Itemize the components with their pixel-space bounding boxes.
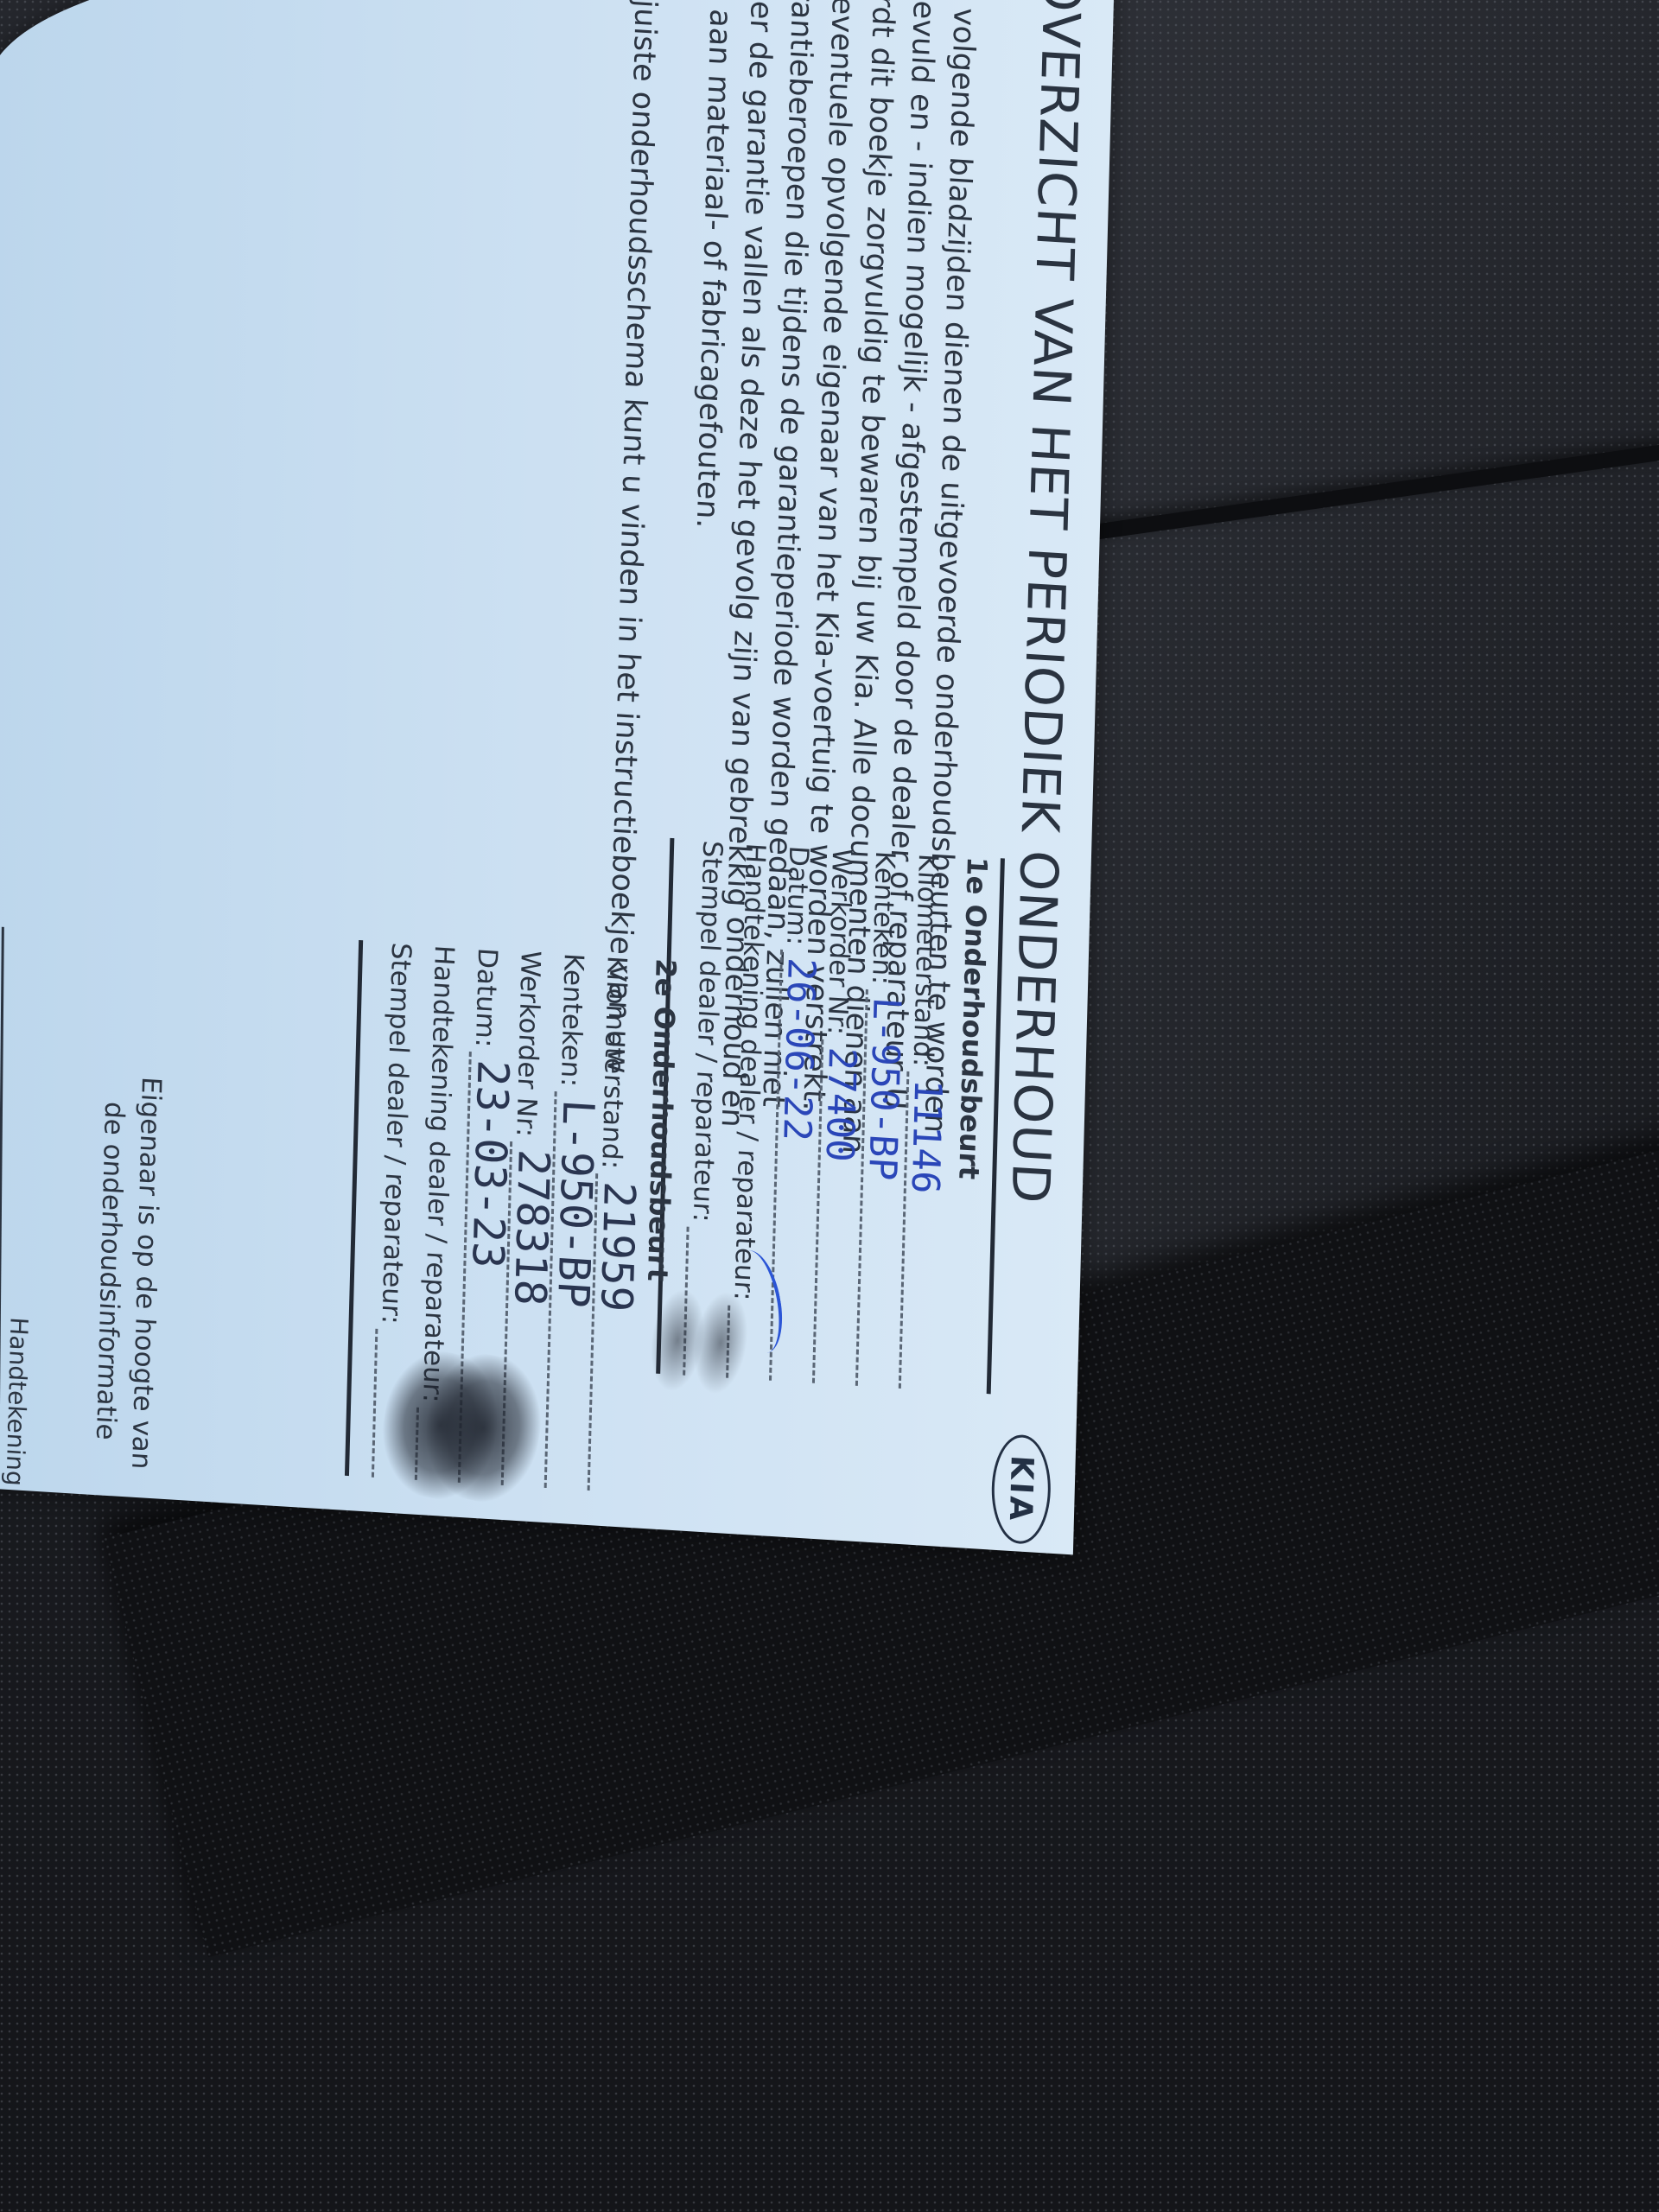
section-rule <box>345 940 363 1476</box>
field-label: Werkorder Nr: <box>822 848 858 1036</box>
kia-logo: KIA <box>990 1433 1052 1546</box>
intro-line: Het juiste onderhoudsschema kunt u vinde… <box>604 0 667 785</box>
field-line <box>726 1305 765 1380</box>
field-line <box>683 1226 723 1377</box>
service-heading: 1e Onderhoudsbeurt <box>947 855 994 1393</box>
field-label: Kenteken: <box>866 850 900 986</box>
handwritten-value: 23-03-23 <box>462 1058 518 1269</box>
field-line <box>415 1407 454 1482</box>
owner-signature-label: Handtekening <box>1 1317 34 1487</box>
handwritten-value: 27400 <box>817 1046 864 1164</box>
handwritten-value: 11146 <box>903 1078 950 1196</box>
field-line <box>372 1328 412 1479</box>
intro-paragraph: De volgende bladzijden dienen de uitgevo… <box>604 0 985 804</box>
page-title: OVERZICHT VAN HET PERIODIEK ONDERHOUD <box>999 0 1091 1206</box>
field-label: Stempel dealer / reparateur: <box>376 942 417 1325</box>
service-record-2: 2e Onderhoudsbeurt Kilometerstand: 21959… <box>345 940 683 1496</box>
service-record-1: 1e Onderhoudsbeurt Kilometerstand: 11146… <box>656 838 1005 1394</box>
field-label: Datum: <box>780 845 814 946</box>
maintenance-booklet-page: OVERZICHT VAN HET PERIODIEK ONDERHOUD De… <box>0 0 1115 1554</box>
field-label: Datum: <box>469 947 503 1048</box>
field-label: Stempel dealer / reparateur: <box>687 840 728 1224</box>
handwritten-value: L-950-BP <box>860 996 908 1182</box>
field-label: Kenteken: <box>555 952 589 1088</box>
owner-statement: Eigenaar is op de hoogte van de onderhou… <box>86 1063 169 1482</box>
handwritten-value: 26-06-22 <box>774 957 823 1142</box>
field-label: Kilometerstand: <box>907 853 944 1068</box>
